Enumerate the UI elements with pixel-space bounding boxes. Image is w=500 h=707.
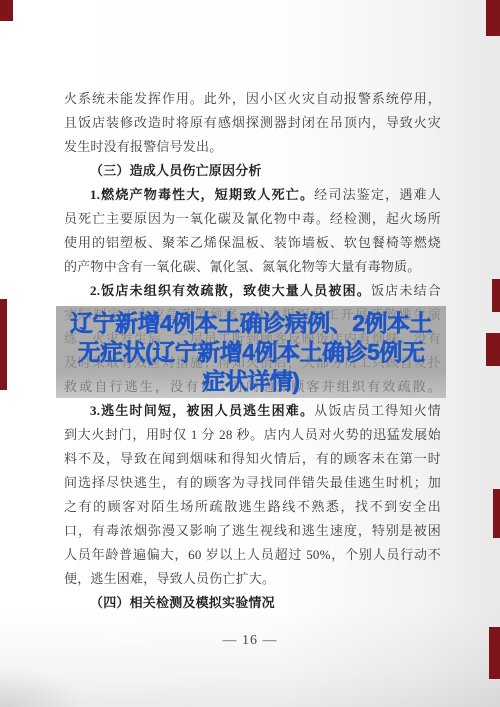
document-line: 人员年龄普遍偏大，60 岁以上人员超过 50%，个别人员行动不	[64, 543, 441, 567]
headline-line: 辽宁新增4例本土确诊病例、2例本土	[55, 309, 447, 338]
document-line: 且饭店装修改造时将原有感烟探测器封闭在吊顶内，导致火灾	[64, 111, 441, 135]
document-line: 口，有毒浓烟弥漫又影响了逃生视线和逃生速度，特别是被困	[64, 519, 441, 543]
headline-line: 症状详情)	[55, 367, 447, 396]
headline-line: 无症状(辽宁新增4例本土确诊5例无	[55, 338, 447, 367]
document-line: 料不及，导致在闻到烟味和得知火情后，有的顾客未在第一时	[64, 447, 441, 471]
document-line: 2.饭店未组织有效疏散，致使大量人员被困。饭店未结合	[64, 279, 441, 303]
document-line: 便，逃生困难，导致人员伤亡扩大。	[64, 567, 441, 591]
scan-artifact-mark	[0, 0, 13, 21]
document-line: 员死亡主要原因为一氧化碳及氰化物中毒。经检测，起火场所	[64, 207, 441, 231]
page-number: — 16 —	[0, 633, 500, 649]
scan-artifact-mark	[486, 333, 500, 366]
scan-artifact-mark	[486, 0, 500, 36]
scan-artifact-mark	[492, 279, 500, 312]
document-line: 之有的顾客对陌生场所疏散逃生路线不熟悉，找不到安全出	[64, 495, 441, 519]
scanned-document-page: 火系统未能发挥作用。此外，因小区火灾自动报警系统停用，且饭店装修改造时将原有感烟…	[0, 0, 500, 707]
document-line: 3.逃生时间短，被困人员逃生困难。从饭店员工得知火情	[64, 399, 441, 423]
document-line: 1.燃烧产物毒性大，短期致人死亡。经司法鉴定，遇难人	[64, 183, 441, 207]
document-line: （三）造成人员伤亡原因分析	[64, 159, 441, 183]
document-line: 到大火封门，用时仅 1 分 28 秒。店内人员对火势的迅猛发展始	[64, 423, 441, 447]
scan-artifact-mark	[0, 299, 7, 390]
headline-title: 辽宁新增4例本土确诊病例、2例本土 无症状(辽宁新增4例本土确诊5例无 症状详情…	[55, 309, 447, 396]
document-line: 间选择尽快逃生，有的顾客为寻找同伴错失最佳逃生时机；加	[64, 471, 441, 495]
document-line: 火系统未能发挥作用。此外，因小区火灾自动报警系统停用，	[64, 87, 441, 111]
scan-artifact-mark	[493, 489, 500, 538]
document-line: （四）相关检测及模拟实验情况	[64, 591, 441, 615]
document-line: 的产物中含有一氧化碳、氰化氢、氮氧化物等大量有毒物质。	[64, 255, 441, 279]
document-line: 使用的铝塑板、聚苯乙烯保温板、装饰墙板、软包餐椅等燃烧	[64, 231, 441, 255]
scan-artifact-mark	[489, 627, 500, 679]
document-line: 发生时没有报警信号发出。	[64, 135, 441, 159]
